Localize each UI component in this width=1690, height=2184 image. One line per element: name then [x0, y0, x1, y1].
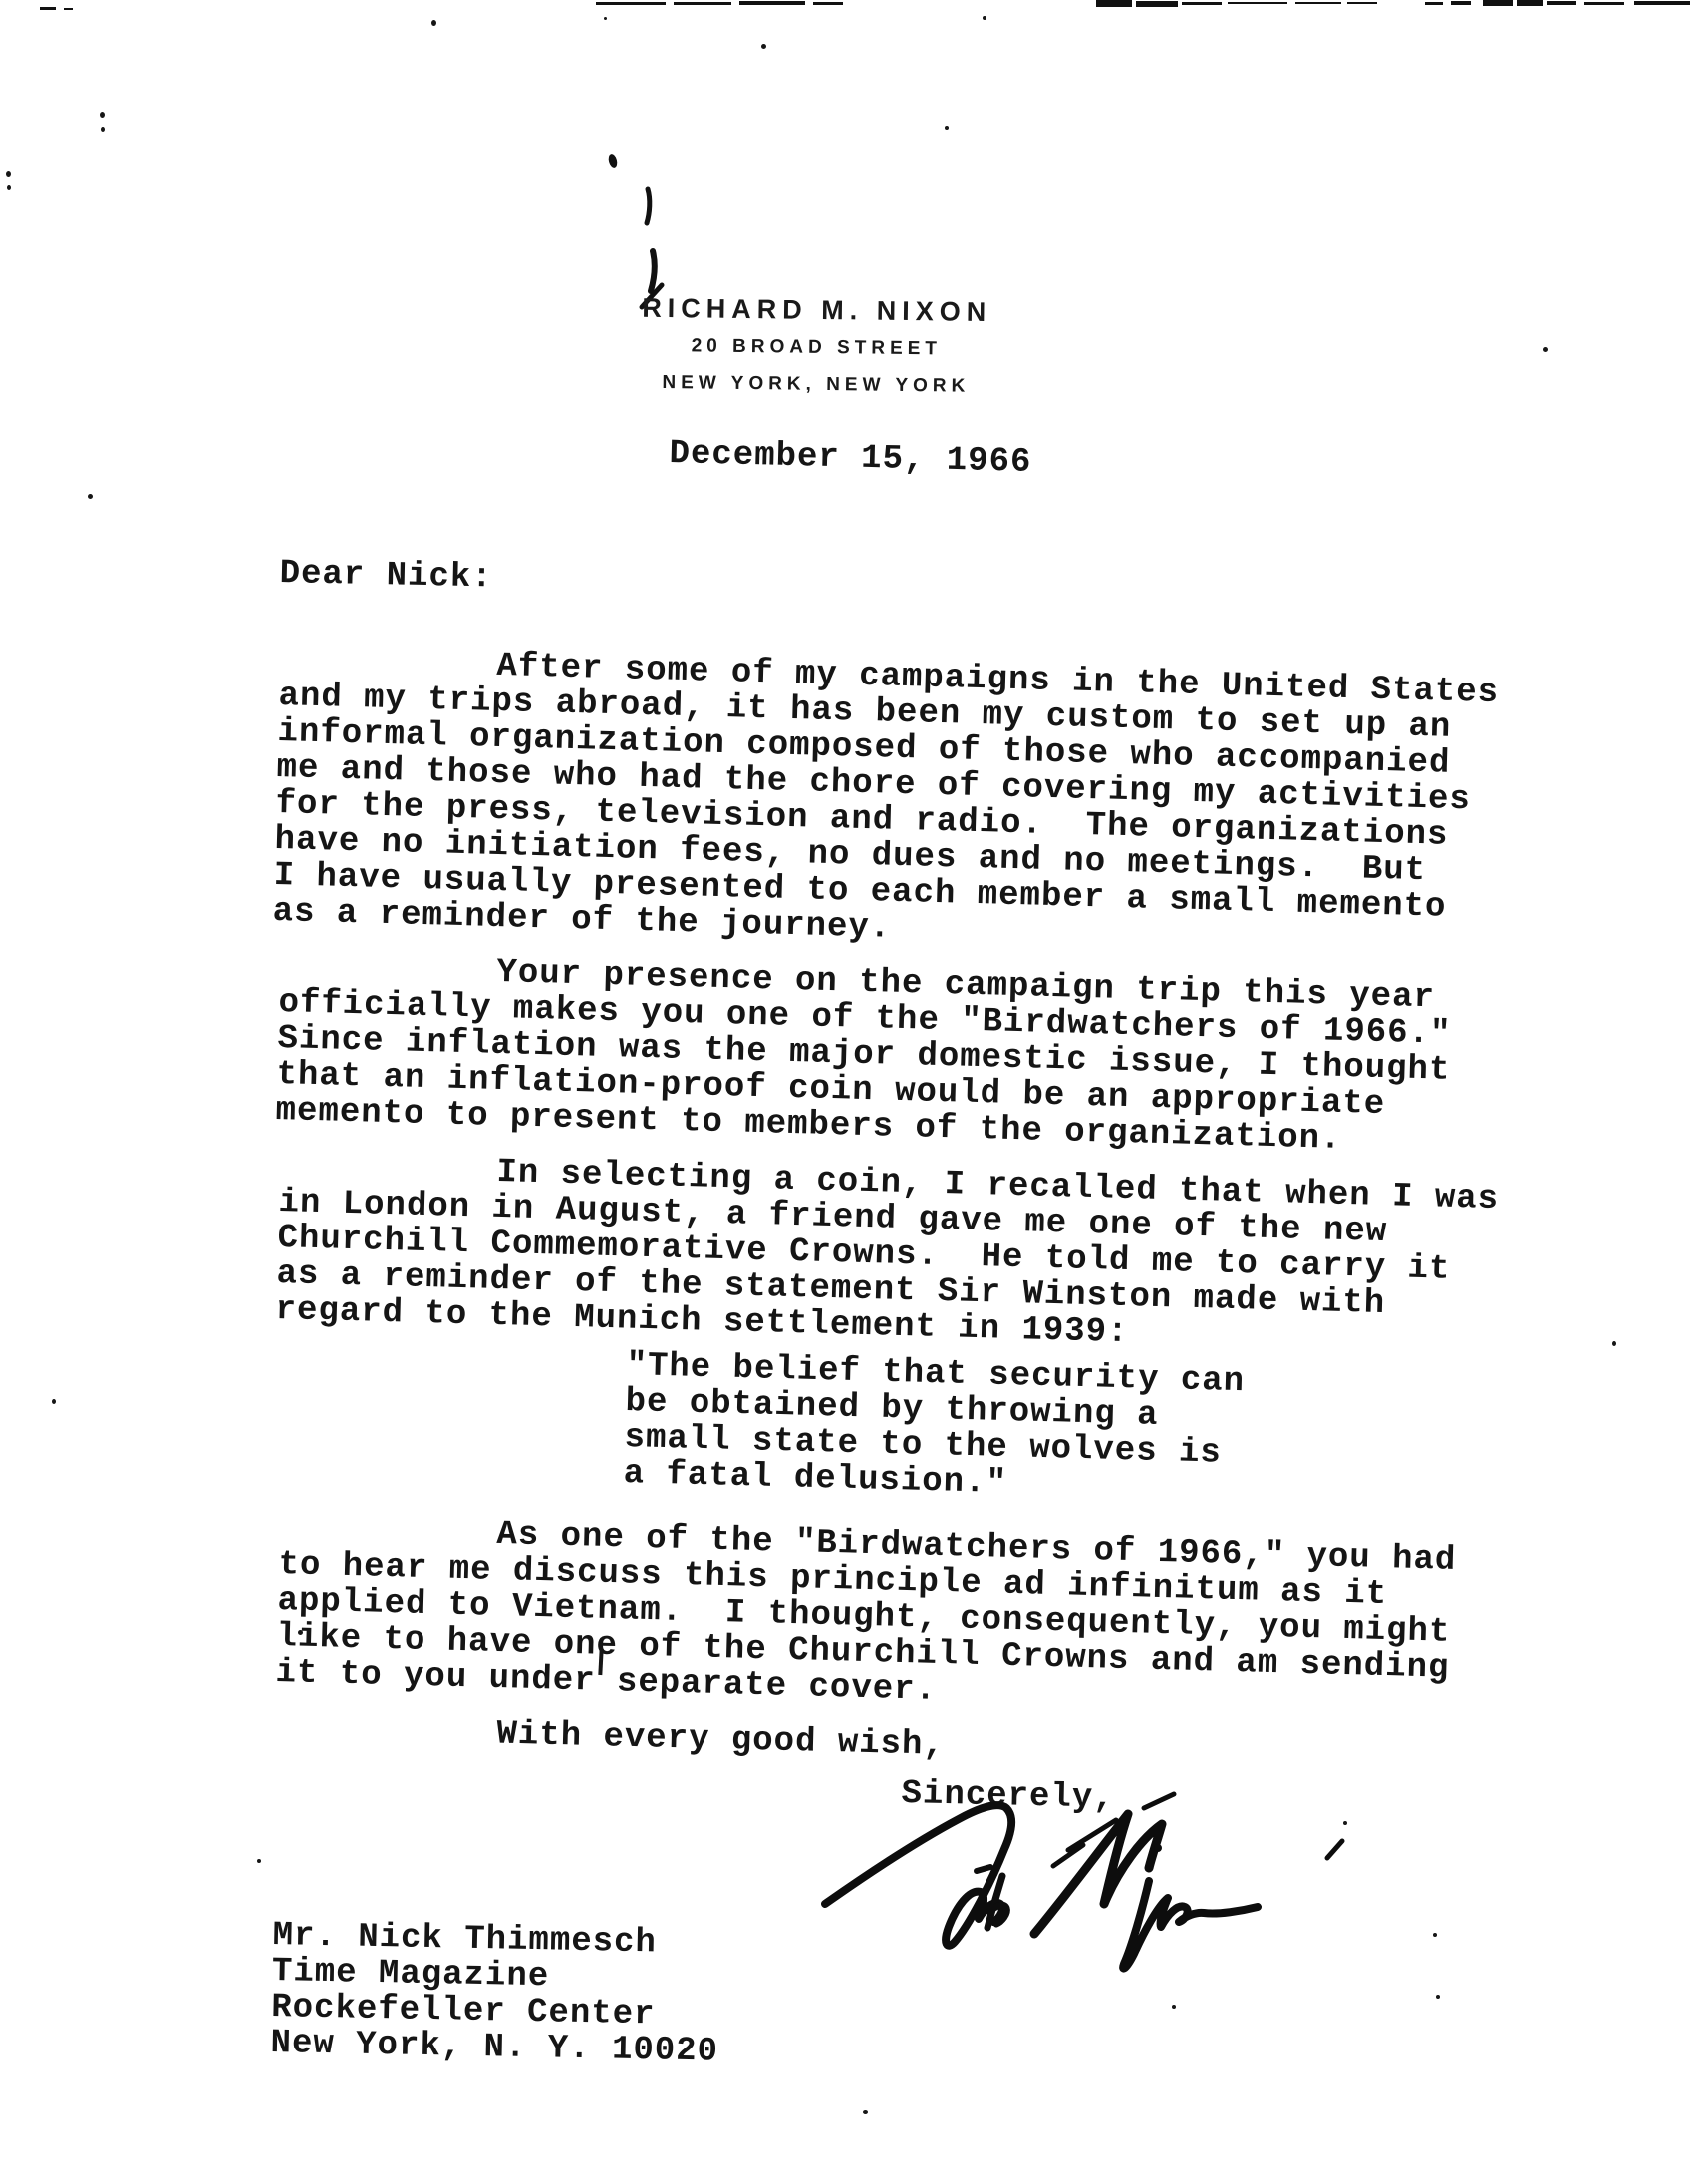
scan-speck	[1436, 1995, 1440, 1999]
scan-edge-artifact	[0, 0, 1690, 14]
scan-speck	[1343, 1821, 1347, 1825]
letterhead-city: NEW YORK, NEW YORK	[418, 369, 1215, 401]
date-line: December 15, 1966	[669, 436, 1032, 481]
scan-speck	[100, 112, 105, 118]
scan-speck	[88, 494, 93, 499]
signature-dick-nixon	[807, 1786, 1365, 2006]
letterhead-name: RICHARD M. NIXON	[419, 290, 1216, 330]
scan-speck	[7, 185, 11, 190]
scan-speck	[257, 1859, 261, 1863]
letterhead-street: 20 BROAD STREET	[418, 332, 1215, 364]
recipient-address: Mr. Nick ThimmeschTime MagazineRockefell…	[270, 1918, 720, 2070]
final-paragraph: As one of the "Birdwatchers of 1966," yo…	[280, 1511, 1536, 1691]
paragraph: In selecting a coin, I recalled that whe…	[275, 1149, 1535, 1362]
scan-speck	[863, 2110, 868, 2114]
scan-speck	[431, 20, 436, 26]
block-quote: "The belief that security canbe obtained…	[623, 1348, 1535, 1515]
closing-line: With every good wish,	[279, 1711, 1536, 1778]
letterhead: RICHARD M. NIXON 20 BROAD STREET NEW YOR…	[418, 290, 1216, 401]
paragraph: As one of the "Birdwatchers of 1966," yo…	[275, 1511, 1535, 1725]
scan-speck	[983, 16, 986, 20]
typed-line: New York, N. Y. 10020	[270, 2026, 718, 2070]
scan-speck	[1543, 347, 1548, 352]
scan-speck	[604, 17, 607, 20]
scan-speck	[945, 126, 949, 130]
letter-body: Dear Nick: After some of my campaigns in…	[280, 556, 1536, 1812]
scan-speck	[298, 1630, 303, 1635]
scan-speck	[6, 171, 11, 177]
scan-speck	[101, 127, 105, 132]
scan-speck	[761, 44, 766, 49]
scan-speck	[1172, 2005, 1176, 2009]
paragraphs: After some of my campaigns in the United…	[280, 643, 1536, 1328]
paragraph: Your presence on the campaign trip this …	[275, 950, 1535, 1163]
scan-speck	[1612, 1341, 1616, 1346]
salutation: Dear Nick:	[279, 556, 1535, 618]
scan-speck	[1433, 1933, 1437, 1937]
scan-speck	[52, 1399, 56, 1404]
scanned-letter-page: RICHARD M. NIXON 20 BROAD STREET NEW YOR…	[0, 0, 1690, 2184]
paragraph: After some of my campaigns in the United…	[272, 643, 1535, 963]
